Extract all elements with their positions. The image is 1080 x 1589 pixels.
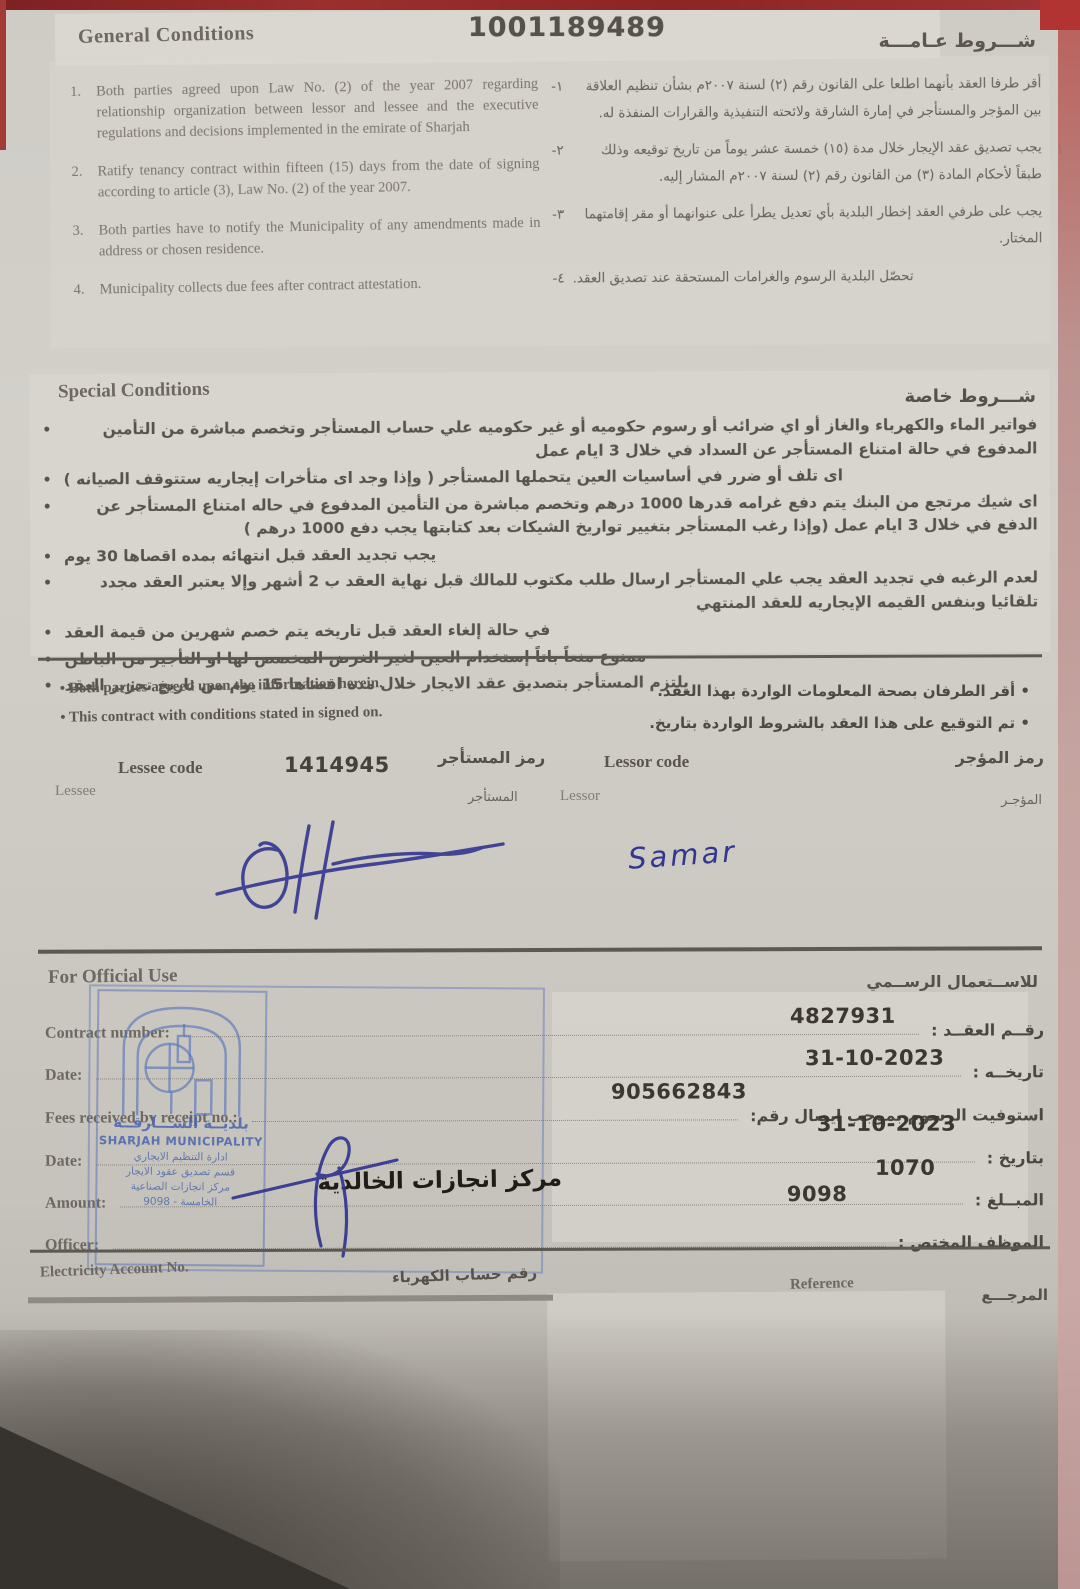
electricity-account-label-en: Electricity Account No. (40, 1259, 189, 1281)
special-conditions-title-en: Special Conditions (58, 379, 210, 404)
stamp-line: مركز انجازات الصناعية (131, 1180, 230, 1193)
list-item: ١-أقر طرفا العقد بأنهما اطلعا على القانو… (541, 70, 1041, 127)
list-item: •في حالة إلغاء العقد قبل تاريخه يتم خصم … (42, 617, 1038, 646)
amount-value: 1070 (875, 1156, 936, 1180)
receipt-number-value: 905662843 (611, 1079, 747, 1103)
list-item: ٢-يجب تصديق عقد الإيجار خلال مدة (١٥) خم… (542, 134, 1042, 191)
list-item: ٤-تحصّل البلدية الرسوم والغرامات المستحق… (543, 262, 1043, 292)
list-item: •اى تلف أو ضرر في أساسيات العين يتحملها … (42, 463, 1038, 492)
lessee-code-value: 1414945 (284, 753, 390, 777)
list-item: 2.Ratify tenancy contract within fifteen… (71, 154, 540, 204)
lessor-label-en: Lessor (560, 788, 600, 805)
officer-value: 9098 (787, 1182, 848, 1206)
receipt-date-value: 31-10-2023 (817, 1112, 956, 1136)
lessee-label-en: Lessee (55, 783, 96, 800)
section-divider (38, 946, 1042, 953)
agreement-statements-en: • Both parties agreed upon the informati… (60, 669, 384, 732)
lessor-code-label-en: Lessor code (604, 752, 689, 772)
lessee-label-ar: المستأجر (468, 790, 518, 805)
scan-dark-corner (0, 1400, 350, 1589)
footer-thick-line (28, 1295, 553, 1304)
lessee-code-label-ar: رمز المستأجر (438, 748, 545, 767)
stamp-line: ادارة التنظيم الايجاري (134, 1151, 228, 1164)
statement: • أقر الطرفان بصحة المعلومات الواردة بهذ… (649, 676, 1030, 708)
general-conditions-title-ar: شـــروط عـامـــة (878, 30, 1036, 52)
reference-label-en: Reference (790, 1275, 854, 1294)
lessor-code-label-ar: رمز المؤجر (956, 748, 1044, 767)
statement: • تم التوقيع على هذا العقد بالشروط الوار… (649, 708, 1030, 740)
list-item: •اى شيك مرتجع من البنك يتم دفع غرامه قدر… (42, 490, 1038, 542)
electricity-account-label-ar: رقم حساب الكهرباء (392, 1263, 538, 1286)
stamp-line: الخامسة - 9098 (143, 1196, 217, 1209)
officer-signature (225, 1128, 405, 1268)
stamp-line: قسم تصديق عقود الايجار (126, 1165, 235, 1178)
general-conditions-list-en: 1.Both parties agreed upon Law No. (2) o… (60, 74, 542, 318)
scan-edge-top-right (1040, 0, 1080, 30)
list-item: •فواتير الماء والكهرباء والغاز أو اي ضرا… (41, 413, 1037, 465)
list-item: •لعدم الرغبه في تجديد العقد يجب علي المس… (42, 567, 1038, 619)
agreement-statements-ar: • أقر الطرفان بصحة المعلومات الواردة بهذ… (649, 676, 1030, 739)
document-number: 1001189489 (468, 12, 666, 43)
list-item: •يجب تجديد العقد قبل انتهائه بمده اقصاها… (42, 540, 1038, 569)
general-conditions-title-en: General Conditions (78, 22, 255, 49)
sharjah-municipality-arch-icon (111, 995, 252, 1118)
scanned-contract-page: General Conditions 1001189489 شـــروط عـ… (0, 0, 1080, 1589)
special-conditions-title-ar: شـــروط خاصة (904, 386, 1036, 407)
lessor-label-ar: المؤجـر (1001, 793, 1042, 808)
lessee-code-label-en: Lessee code (118, 758, 203, 778)
list-item: 3.Both parties have to notify the Munici… (72, 213, 541, 263)
list-item: ٣-يجب على طرفي العقد إخطار البلدية بأي ت… (542, 198, 1042, 255)
statement: • This contract with conditions stated i… (60, 698, 383, 732)
contract-number-value: 4827931 (790, 1004, 896, 1028)
list-item: 4.Municipality collects due fees after c… (73, 272, 541, 301)
list-item: 1.Both parties agreed upon Law No. (2) o… (70, 74, 539, 145)
general-conditions-list-ar: ١-أقر طرفا العقد بأنهما اطلعا على القانو… (541, 70, 1043, 302)
official-use-title-ar: للاســتعمال الرســمي (866, 972, 1038, 991)
lessor-signature: Samar (627, 834, 738, 876)
lessee-signature (205, 812, 545, 927)
scan-edge-left (0, 0, 6, 150)
reference-blank-box (547, 1291, 947, 1562)
contract-date-value: 31-10-2023 (805, 1046, 944, 1070)
reference-label-ar: المرجـــع (981, 1286, 1048, 1304)
scan-edge-right (1058, 0, 1080, 1589)
scan-edge-top (0, 0, 1080, 10)
